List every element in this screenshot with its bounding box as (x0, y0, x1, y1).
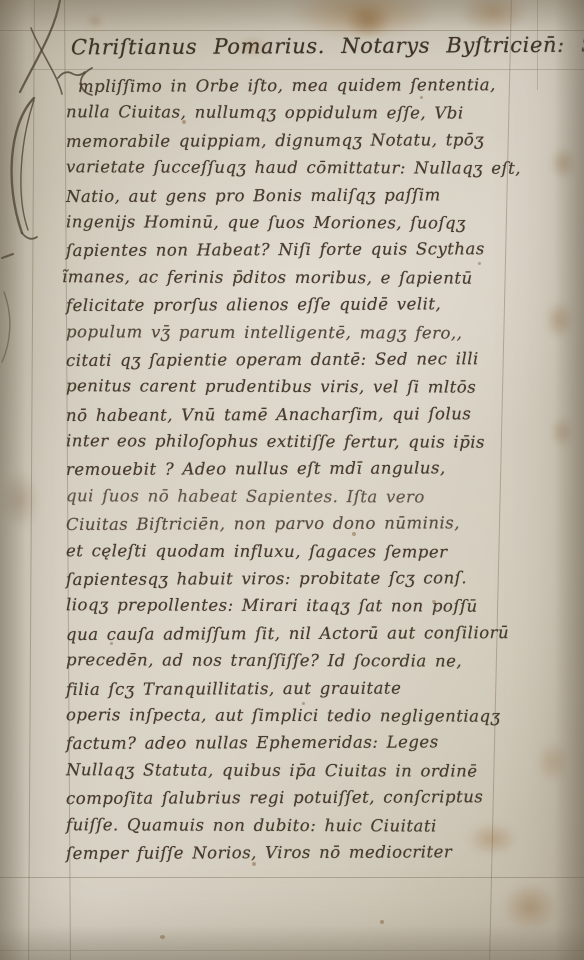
manuscript-text-block: mpliſſimo in Orbe iſto, mea quidem ſente… (62, 72, 532, 866)
stain (458, 0, 528, 34)
manuscript-line: remouebit ? Adeo nullus eſt mdī angulus, (62, 454, 532, 483)
manuscript-line: citati qʒ ſapientie operam dantē: Sed ne… (62, 345, 532, 374)
manuscript-page: Chriſtianus Pomarius. Notarys Byſtricien… (0, 0, 584, 960)
manuscript-line: Nullaqʒ Statuta, quibus ip̄a Ciuitas in … (62, 756, 532, 785)
ruled-line-bottom-outer (0, 950, 584, 951)
manuscript-line: Natio, aut gens pro Bonis maliſqʒ paſſim (62, 181, 532, 210)
manuscript-line: mpliſſimo in Orbe iſto, mea quidem ſente… (62, 71, 532, 100)
manuscript-line: felicitate prorſus alienos eſſe quidē ve… (62, 290, 532, 319)
manuscript-line: nō habeant, Vnū tamē Anacharſim, qui ſol… (62, 400, 532, 429)
manuscript-line: Ciuitas Biſtriciēn, non parvo dono nūmin… (62, 509, 532, 538)
stain (502, 882, 558, 932)
stain (86, 14, 104, 28)
manuscript-line: lioqʒ prepollentes: Mirari itaqʒ ſat non… (62, 592, 532, 621)
ruled-line-under-title (30, 69, 584, 70)
manuscript-line: factum? adeo nullas Ephemeridas: Leges (62, 728, 532, 757)
manuscript-line: fuiſſe. Quamuis non dubito: huic Ciuitat… (62, 811, 532, 840)
speck (160, 935, 165, 939)
manuscript-line: memorabile quippiam, dignumqʒ Notatu, tp… (62, 126, 532, 155)
manuscript-line: qui ſuos nō habeat Sapientes. Iſta vero (62, 482, 532, 511)
manuscript-line: qua cauſa admiſſum ſit, nil Actorū aut c… (62, 619, 532, 648)
ruled-line-left-outer (28, 0, 35, 960)
stain (550, 146, 576, 180)
manuscript-line: filia ſcʒ Tranquillitatis, aut grauitate (62, 674, 532, 703)
manuscript-line: ſapientes non Habeat? Niſi forte quis Sc… (62, 235, 532, 264)
manuscript-line: varietate ſucceſſuqʒ haud cōmittatur: Nu… (62, 153, 532, 182)
manuscript-photo: Chriſtianus Pomarius. Notarys Byſtricien… (0, 0, 584, 960)
manuscript-line: penitus carent prudentibus viris, vel ſi… (62, 372, 532, 401)
manuscript-line: compoſita ſalubrius regi potuiſſet, conſ… (62, 783, 532, 812)
manuscript-line: ĩmanes, ac ferinis p̄ditos moribus, e ſa… (62, 263, 532, 292)
manuscript-line: et cęleſti quodam influxu, ſagaces ſempe… (62, 537, 532, 566)
stain (0, 470, 40, 530)
speck (380, 920, 384, 924)
manuscript-line: inter eos philoſophus extitiſſe fertur, … (62, 427, 532, 456)
manuscript-line: ſapientesqʒ habuit viros: probitate ſcʒ … (62, 564, 532, 593)
manuscript-title: Chriſtianus Pomarius. Notarys Byſtricien… (71, 33, 584, 60)
manuscript-line: ingenijs Hominū, que ſuos Moriones, ſuoſ… (62, 208, 532, 237)
manuscript-line: ſemper fuiſſe Norios, Viros nō mediocrit… (62, 838, 532, 867)
manuscript-line: precedēn, ad nos tranſſiſſe? Id ſocordia… (62, 646, 532, 675)
manuscript-line: populum vʒ̄ parum intelligentē, magʒ fer… (62, 318, 532, 347)
ruled-line-top (0, 30, 584, 31)
ruled-line-bottom (0, 877, 584, 878)
manuscript-line: nulla Ciuitas, nullumqʒ oppidulum eſſe, … (62, 99, 532, 128)
manuscript-line: operis inſpecta, aut ſimplici tedio negl… (62, 701, 532, 730)
stain (544, 300, 574, 340)
stain (536, 740, 570, 784)
stain (550, 416, 574, 448)
